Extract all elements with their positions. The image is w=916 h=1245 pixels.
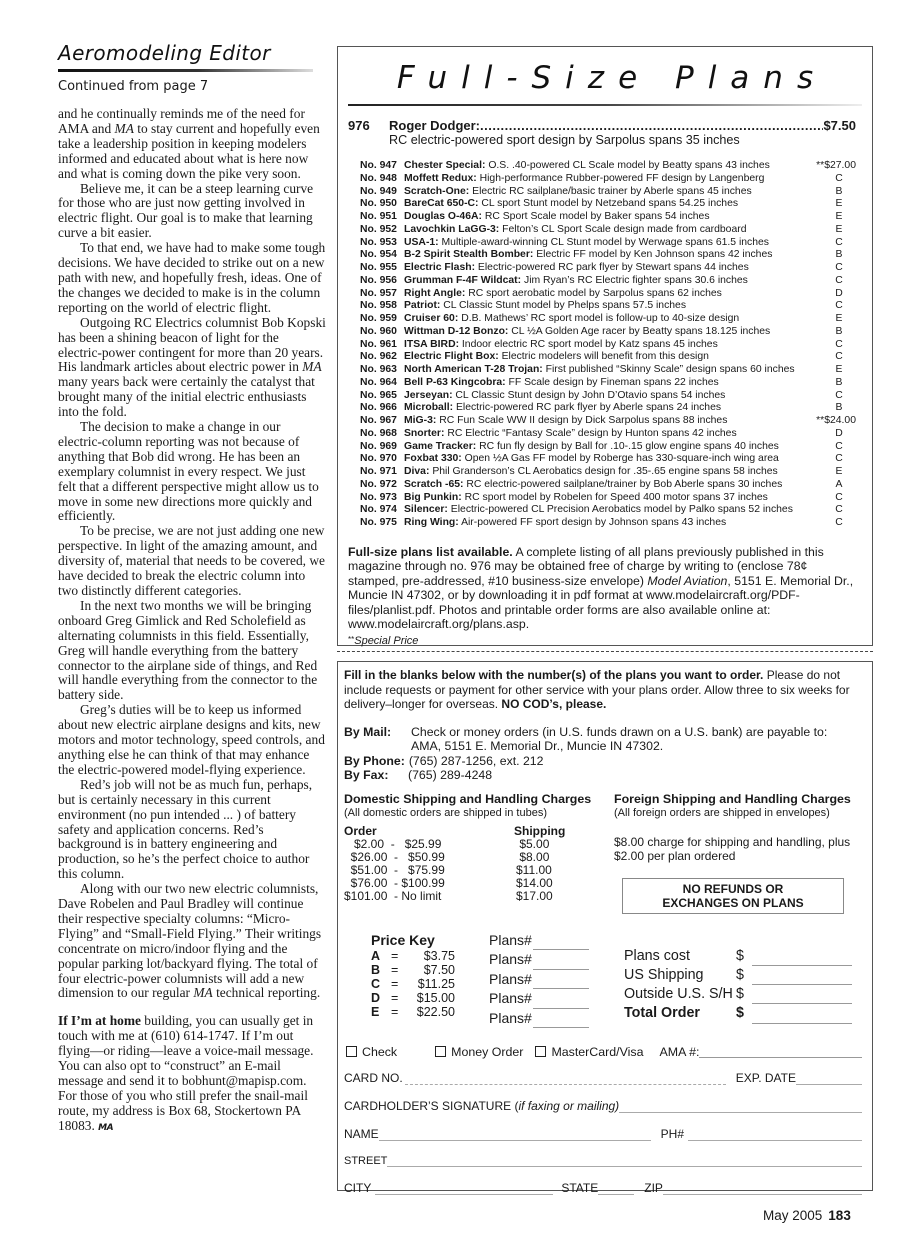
plan-number: No. 968 bbox=[360, 428, 404, 441]
plan-price-grade: C bbox=[804, 517, 856, 530]
plan-row: No. 958Patriot: CL Classic Stunt model b… bbox=[360, 300, 856, 313]
plan-name: Foxbat 330: bbox=[404, 453, 462, 464]
plan-name: ITSA BIRD: bbox=[404, 339, 459, 350]
plan-name: Lavochkin LaGG-3: bbox=[404, 224, 499, 235]
plan-name: Diva: bbox=[404, 466, 429, 477]
plans-title: Full-Size Plans bbox=[338, 59, 872, 97]
plan-row: No. 964Bell P-63 Kingcobra: FF Scale des… bbox=[360, 377, 856, 390]
plan-price-grade: C bbox=[804, 300, 856, 313]
cut-line bbox=[337, 651, 873, 652]
plan-name: Electric Flash: bbox=[404, 262, 475, 273]
plan-name: USA-1: bbox=[404, 237, 439, 248]
plan-row: No. 954B-2 Spirit Stealth Bomber: Electr… bbox=[360, 249, 856, 262]
plan-row: No. 971Diva: Phil Granderson’s CL Aeroba… bbox=[360, 466, 856, 479]
plan-name: Big Punkin: bbox=[404, 492, 462, 503]
plan-description: CL Classic Stunt model by Phelps spans 5… bbox=[443, 300, 686, 311]
total-row: US Shipping$ bbox=[624, 966, 864, 985]
plan-row: No. 972Scratch -65: RC electric-powered … bbox=[360, 479, 856, 492]
plan-name: Scratch-One: bbox=[404, 186, 469, 197]
plan-number-fields: Plans#Plans#Plans#Plans#Plans# bbox=[489, 931, 624, 1029]
plan-description: Phil Granderson’s CL Aerobatics design f… bbox=[432, 466, 777, 477]
article-paragraph: In the next two months we will be bringi… bbox=[58, 599, 326, 703]
plan-price-grade: C bbox=[804, 275, 856, 288]
plan-description: Electric-powered RC park flyer by Stewar… bbox=[478, 262, 749, 273]
money-order-option[interactable]: Money Order bbox=[435, 1045, 523, 1059]
amount-field[interactable] bbox=[752, 992, 852, 1004]
plan-description: Electric-powered CL Precision Aerobatics… bbox=[451, 504, 793, 515]
price-key-row: B=$7.50 bbox=[371, 963, 489, 977]
plan-description: First published “Skinny Scale” design sp… bbox=[546, 364, 795, 375]
plans-number-input[interactable] bbox=[533, 996, 589, 1009]
plan-name: Bell P-63 Kingcobra: bbox=[404, 377, 506, 388]
plan-number: No. 951 bbox=[360, 211, 404, 224]
payment-method: Check Money Order MasterCard/Visa AMA #: bbox=[346, 1045, 862, 1059]
street-field[interactable] bbox=[387, 1156, 862, 1167]
signature-field[interactable] bbox=[619, 1102, 862, 1113]
article-paragraph: Outgoing RC Electrics columnist Bob Kops… bbox=[58, 316, 326, 420]
plan-price-grade: E bbox=[804, 466, 856, 479]
plans-number-field: Plans# bbox=[489, 989, 624, 1009]
plan-price-grade: D bbox=[804, 288, 856, 301]
plan-number: No. 950 bbox=[360, 198, 404, 211]
plan-price-grade: C bbox=[804, 453, 856, 466]
ama-number-field[interactable] bbox=[699, 1046, 862, 1058]
plan-name: Silencer: bbox=[404, 504, 448, 515]
plan-name: Wittman D-12 Bonzo: bbox=[404, 326, 508, 337]
plan-name: Cruiser 60: bbox=[404, 313, 458, 324]
plan-name: Grumman F-4F Wildcat: bbox=[404, 275, 521, 286]
plans-title-rule bbox=[348, 104, 862, 106]
plan-number: No. 954 bbox=[360, 249, 404, 262]
plan-number: No. 948 bbox=[360, 173, 404, 186]
plan-row: No. 948Moffett Redux: High-performance R… bbox=[360, 173, 856, 186]
signature-row: CARDHOLDER’S SIGNATURE (if faxing or mai… bbox=[344, 1099, 862, 1113]
plan-price-grade: E bbox=[804, 211, 856, 224]
phone-field[interactable] bbox=[688, 1130, 862, 1141]
plan-row: No. 965Jerseyan: CL Classic Stunt design… bbox=[360, 390, 856, 403]
issue-date: May 2005 bbox=[763, 1208, 822, 1223]
plan-description: Electric FF model by Ken Johnson spans 4… bbox=[536, 249, 772, 260]
plans-number-field: Plans# bbox=[489, 1009, 624, 1029]
plan-description: CL Classic Stunt design by John D’Otavio… bbox=[455, 390, 725, 401]
contact-info: By Mail: Check or money orders (in U.S. … bbox=[344, 725, 862, 783]
plan-row: No. 953USA-1: Multiple-award-winning CL … bbox=[360, 237, 856, 250]
domestic-shipping: Domestic Shipping and Handling Charges (… bbox=[344, 792, 614, 914]
plan-description: Electric-powered RC park flyer by Aberle… bbox=[456, 402, 721, 413]
plan-price-grade: B bbox=[804, 249, 856, 262]
magazine-name: Model Aviation bbox=[647, 574, 727, 588]
plan-number: No. 957 bbox=[360, 288, 404, 301]
plan-name: North American T-28 Trojan: bbox=[404, 364, 543, 375]
checkbox-icon[interactable] bbox=[346, 1046, 357, 1057]
total-row: Plans cost$ bbox=[624, 947, 864, 966]
total-row: Outside U.S. S/H$ bbox=[624, 985, 864, 1004]
plan-price-grade: D bbox=[804, 428, 856, 441]
editor-column: Aeromodeling Editor Continued from page … bbox=[58, 40, 326, 1136]
title-rule bbox=[58, 69, 313, 72]
city-field[interactable] bbox=[375, 1184, 553, 1195]
plan-row: No. 960Wittman D-12 Bonzo: CL ½A Golden … bbox=[360, 326, 856, 339]
plan-description: CL ½A Golden Age racer by Beatty spans 1… bbox=[511, 326, 770, 337]
plans-list: No. 947Chester Special: O.S. .40-powered… bbox=[360, 160, 856, 530]
shipping-table: Order Shipping $2.00 - $25.99 $5.00 $26.… bbox=[344, 825, 614, 903]
checkbox-icon[interactable] bbox=[435, 1046, 446, 1057]
plan-number: No. 969 bbox=[360, 441, 404, 454]
card-option[interactable]: MasterCard/Visa bbox=[535, 1045, 643, 1059]
special-price-note: **Special Price bbox=[348, 635, 872, 647]
plan-row: No. 970Foxbat 330: Open ½A Gas FF model … bbox=[360, 453, 856, 466]
column-title: Aeromodeling Editor bbox=[58, 40, 326, 66]
plan-name: Scratch -65: bbox=[404, 479, 463, 490]
plan-description: Electric modelers will benefit from this… bbox=[502, 351, 709, 362]
article-paragraph: Along with our two new electric columnis… bbox=[58, 882, 326, 1001]
price-key-row: A=$3.75 bbox=[371, 949, 489, 963]
plan-price-grade: C bbox=[804, 504, 856, 517]
amount-field[interactable] bbox=[752, 1012, 852, 1024]
plan-number: No. 952 bbox=[360, 224, 404, 237]
plan-name: Game Tracker: bbox=[404, 441, 476, 452]
plan-number: No. 966 bbox=[360, 402, 404, 415]
plan-price-grade: C bbox=[804, 351, 856, 364]
price-key-row: D=$15.00 bbox=[371, 991, 489, 1005]
ma-end-mark: MA bbox=[98, 1123, 113, 1133]
plan-name: Snorter: bbox=[404, 428, 444, 439]
price-key-row: C=$11.25 bbox=[371, 977, 489, 991]
plan-description: Open ½A Gas FF model by Roberge has 330-… bbox=[465, 453, 779, 464]
plan-row: No. 955Electric Flash: Electric-powered … bbox=[360, 262, 856, 275]
plan-row: No. 974Silencer: Electric-powered CL Pre… bbox=[360, 504, 856, 517]
plan-number: No. 949 bbox=[360, 186, 404, 199]
plan-description: High-performance Rubber-powered FF desig… bbox=[480, 173, 765, 184]
plan-number: No. 953 bbox=[360, 237, 404, 250]
plan-description: D.B. Mathews’ RC sport model is follow-u… bbox=[461, 313, 739, 324]
plans-number-field: Plans# bbox=[489, 931, 624, 951]
plan-price-grade: E bbox=[804, 364, 856, 377]
plan-row: No. 975Ring Wing: Air-powered FF sport d… bbox=[360, 517, 856, 530]
plan-number: No. 967 bbox=[360, 415, 404, 428]
plan-price-grade: C bbox=[804, 262, 856, 275]
shipping-row: $2.00 - $25.99 $5.00 bbox=[344, 838, 614, 851]
street-row: STREET bbox=[344, 1155, 862, 1167]
price-key-row: E=$22.50 bbox=[371, 1005, 489, 1019]
plan-name: Microball: bbox=[404, 402, 453, 413]
plan-row: No. 963North American T-28 Trojan: First… bbox=[360, 364, 856, 377]
plan-row: No. 966Microball: Electric-powered RC pa… bbox=[360, 402, 856, 415]
checkbox-icon[interactable] bbox=[535, 1046, 546, 1057]
article-paragraph: To be precise, we are not just adding on… bbox=[58, 524, 326, 599]
plan-name: Moffett Redux: bbox=[404, 173, 477, 184]
plan-row: No. 950BareCat 650-C: CL sport Stunt mod… bbox=[360, 198, 856, 211]
plan-number: No. 961 bbox=[360, 339, 404, 352]
plan-number: No. 964 bbox=[360, 377, 404, 390]
plan-name: Jerseyan: bbox=[404, 390, 453, 401]
page-footer: May 2005183 bbox=[763, 1208, 851, 1223]
plans-list-info: Full-size plans list available. A comple… bbox=[348, 545, 856, 632]
plan-row: No. 951Douglas O-46A: RC Sport Scale mod… bbox=[360, 211, 856, 224]
plan-name: Patriot: bbox=[404, 300, 440, 311]
plan-description: RC Electric “Fantasy Scale” design by Hu… bbox=[447, 428, 736, 439]
article-paragraph: Red’s job will not be as much fun, perha… bbox=[58, 778, 326, 882]
name-field[interactable] bbox=[379, 1130, 651, 1141]
order-instructions: Fill in the blanks below with the number… bbox=[344, 668, 862, 712]
shipping-row: $26.00 - $50.99 $8.00 bbox=[344, 851, 614, 864]
plans-number-input[interactable] bbox=[533, 937, 589, 950]
plan-price-grade: C bbox=[804, 237, 856, 250]
plan-price-grade: E bbox=[804, 224, 856, 237]
plan-row: No. 967MiG-3: RC Fun Scale WW II design … bbox=[360, 415, 856, 428]
featured-plan-price: $7.50 bbox=[823, 118, 856, 133]
order-totals: Plans cost$US Shipping$Outside U.S. S/H$… bbox=[624, 947, 864, 1029]
plan-description: O.S. .40-powered CL Scale model by Beatt… bbox=[488, 160, 769, 171]
full-size-plans-box: Full-Size Plans 976 Roger Dodger: $7.50 … bbox=[337, 46, 873, 646]
phone-value: (765) 287-1256, ext. 212 bbox=[409, 754, 544, 769]
price-key: Price Key A=$3.75B=$7.50C=$11.25D=$15.00… bbox=[371, 931, 489, 1029]
plan-description: RC electric-powered sailplane/trainer by… bbox=[466, 479, 782, 490]
plan-name: BareCat 650-C: bbox=[404, 198, 479, 209]
foreign-shipping: Foreign Shipping and Handling Charges (A… bbox=[614, 792, 866, 914]
article-body: and he continually reminds me of the nee… bbox=[58, 107, 326, 1136]
shipping-row: $51.00 - $75.99$11.00 bbox=[344, 864, 614, 877]
plan-price-grade: E bbox=[804, 198, 856, 211]
order-form: Fill in the blanks below with the number… bbox=[337, 661, 873, 1191]
plan-price-grade: C bbox=[804, 492, 856, 505]
plan-name: Ring Wing: bbox=[404, 517, 459, 528]
plan-number: No. 947 bbox=[360, 160, 404, 173]
plan-description: RC sport model by Robelen for Speed 400 … bbox=[465, 492, 768, 503]
plan-row: No. 969Game Tracker: RC fun fly design b… bbox=[360, 441, 856, 454]
article-paragraph: Believe me, it can be a steep learning c… bbox=[58, 182, 326, 242]
plan-number: No. 975 bbox=[360, 517, 404, 530]
exp-date-field[interactable] bbox=[796, 1074, 862, 1085]
plan-name: MiG-3: bbox=[404, 415, 436, 426]
plan-description: Felton’s CL Sport Scale design made from… bbox=[502, 224, 746, 235]
plan-row: No. 957Right Angle: RC sport aerobatic m… bbox=[360, 288, 856, 301]
article-paragraph: and he continually reminds me of the nee… bbox=[58, 107, 326, 182]
plan-number: No. 965 bbox=[360, 390, 404, 403]
plan-price-grade: C bbox=[804, 339, 856, 352]
shipping-row: $101.00 - No limit$17.00 bbox=[344, 890, 614, 903]
state-field[interactable] bbox=[598, 1184, 634, 1195]
plan-number: No. 963 bbox=[360, 364, 404, 377]
fax-value: (765) 289-4248 bbox=[408, 768, 492, 783]
plan-number: No. 973 bbox=[360, 492, 404, 505]
plans-number-field: Plans# bbox=[489, 970, 624, 990]
plan-description: Jim Ryan’s RC Electric fighter spans 30.… bbox=[524, 275, 748, 286]
plan-name: Chester Special: bbox=[404, 160, 485, 171]
plan-row: No. 962Electric Flight Box: Electric mod… bbox=[360, 351, 856, 364]
plans-number-input[interactable] bbox=[533, 1015, 589, 1028]
plan-number: No. 959 bbox=[360, 313, 404, 326]
fax-label: By Fax: bbox=[344, 768, 408, 783]
plan-row: No. 952Lavochkin LaGG-3: Felton’s CL Spo… bbox=[360, 224, 856, 237]
card-number-field[interactable] bbox=[405, 1074, 726, 1085]
plan-description: Multiple-award-winning CL Stunt model by… bbox=[442, 237, 769, 248]
article-paragraph: Greg’s duties will be to keep us informe… bbox=[58, 703, 326, 778]
plan-description: FF Scale design by Fineman spans 22 inch… bbox=[509, 377, 719, 388]
plan-row: No. 947Chester Special: O.S. .40-powered… bbox=[360, 160, 856, 173]
plan-row: No. 956Grumman F-4F Wildcat: Jim Ryan’s … bbox=[360, 275, 856, 288]
plan-description: RC Fun Scale WW II design by Dick Sarpol… bbox=[439, 415, 727, 426]
article-paragraph: The decision to make a change in our ele… bbox=[58, 420, 326, 524]
plan-row: No. 968Snorter: RC Electric “Fantasy Sca… bbox=[360, 428, 856, 441]
plan-description: RC sport aerobatic model by Sarpolus spa… bbox=[468, 288, 722, 299]
plan-price-grade: **$27.00 bbox=[804, 160, 856, 173]
featured-plan-name: Roger Dodger: bbox=[389, 118, 480, 133]
plan-row: No. 961ITSA BIRD: Indoor electric RC spo… bbox=[360, 339, 856, 352]
info-lead: Full-size plans list available. bbox=[348, 545, 513, 559]
plan-number: No. 958 bbox=[360, 300, 404, 313]
amount-field[interactable] bbox=[752, 954, 852, 966]
plans-number-input[interactable] bbox=[533, 957, 589, 970]
no-refunds-notice: NO REFUNDS OREXCHANGES ON PLANS bbox=[622, 878, 844, 914]
name-row: NAME PH# bbox=[344, 1127, 862, 1141]
city-row: CITY STATE ZIP bbox=[344, 1181, 862, 1195]
plan-price-grade: B bbox=[804, 402, 856, 415]
featured-plan-description: RC electric-powered sport design by Sarp… bbox=[348, 133, 856, 148]
ama-number-label: AMA #: bbox=[659, 1045, 699, 1059]
plan-description: Indoor electric RC sport model by Katz s… bbox=[462, 339, 718, 350]
shipping-row: $76.00 - $100.99$14.00 bbox=[344, 877, 614, 890]
article-paragraph: To that end, we have had to make some to… bbox=[58, 241, 326, 316]
plan-name: Douglas O-46A: bbox=[404, 211, 482, 222]
amount-field[interactable] bbox=[752, 973, 852, 985]
leader-dots bbox=[480, 118, 823, 133]
plans-number-input[interactable] bbox=[533, 976, 589, 989]
plan-description: Air-powered FF sport design by Johnson s… bbox=[461, 517, 726, 528]
plan-price-grade: B bbox=[804, 186, 856, 199]
card-row: CARD NO. EXP. DATE bbox=[344, 1071, 862, 1085]
plan-row: No. 959Cruiser 60: D.B. Mathews’ RC spor… bbox=[360, 313, 856, 326]
continued-note: Continued from page 7 bbox=[58, 79, 326, 95]
plan-number: No. 955 bbox=[360, 262, 404, 275]
plan-price-grade: **$24.00 bbox=[804, 415, 856, 428]
plan-price-grade: C bbox=[804, 390, 856, 403]
total-row: Total Order$ bbox=[624, 1004, 864, 1023]
plan-row: No. 949Scratch-One: Electric RC sailplan… bbox=[360, 186, 856, 199]
plan-name: B-2 Spirit Stealth Bomber: bbox=[404, 249, 533, 260]
page-number: 183 bbox=[828, 1208, 851, 1223]
plan-description: Electric RC sailplane/basic trainer by A… bbox=[472, 186, 752, 197]
plan-number: No. 970 bbox=[360, 453, 404, 466]
plan-price-grade: E bbox=[804, 313, 856, 326]
plan-number: No. 962 bbox=[360, 351, 404, 364]
plan-name: Electric Flight Box: bbox=[404, 351, 499, 362]
plan-name: Right Angle: bbox=[404, 288, 465, 299]
plan-price-grade: B bbox=[804, 377, 856, 390]
plan-description: RC Sport Scale model by Baker spans 54 i… bbox=[485, 211, 710, 222]
plans-number-field: Plans# bbox=[489, 950, 624, 970]
zip-field[interactable] bbox=[663, 1184, 862, 1195]
plan-description: CL sport Stunt model by Netzeband spans … bbox=[481, 198, 738, 209]
plan-row: No. 973Big Punkin: RC sport model by Rob… bbox=[360, 492, 856, 505]
plan-number: No. 971 bbox=[360, 466, 404, 479]
plan-number: No. 972 bbox=[360, 479, 404, 492]
plan-description: RC fun fly design by Ball for .10-.15 gl… bbox=[479, 441, 779, 452]
mail-address: Check or money orders (in U.S. funds dra… bbox=[411, 725, 827, 754]
plan-number: No. 960 bbox=[360, 326, 404, 339]
featured-plan: 976 Roger Dodger: $7.50 RC electric-powe… bbox=[348, 118, 856, 148]
plan-number: No. 974 bbox=[360, 504, 404, 517]
phone-label: By Phone: bbox=[344, 754, 405, 769]
featured-plan-number: 976 bbox=[348, 118, 389, 133]
mail-label: By Mail: bbox=[344, 725, 411, 754]
plan-price-grade: B bbox=[804, 326, 856, 339]
plan-price-grade: C bbox=[804, 441, 856, 454]
plan-price-grade: A bbox=[804, 479, 856, 492]
article-paragraph: If I’m at home building, you can usually… bbox=[58, 1014, 326, 1135]
check-option[interactable]: Check bbox=[346, 1045, 397, 1059]
plan-number: No. 956 bbox=[360, 275, 404, 288]
plan-price-grade: C bbox=[804, 173, 856, 186]
